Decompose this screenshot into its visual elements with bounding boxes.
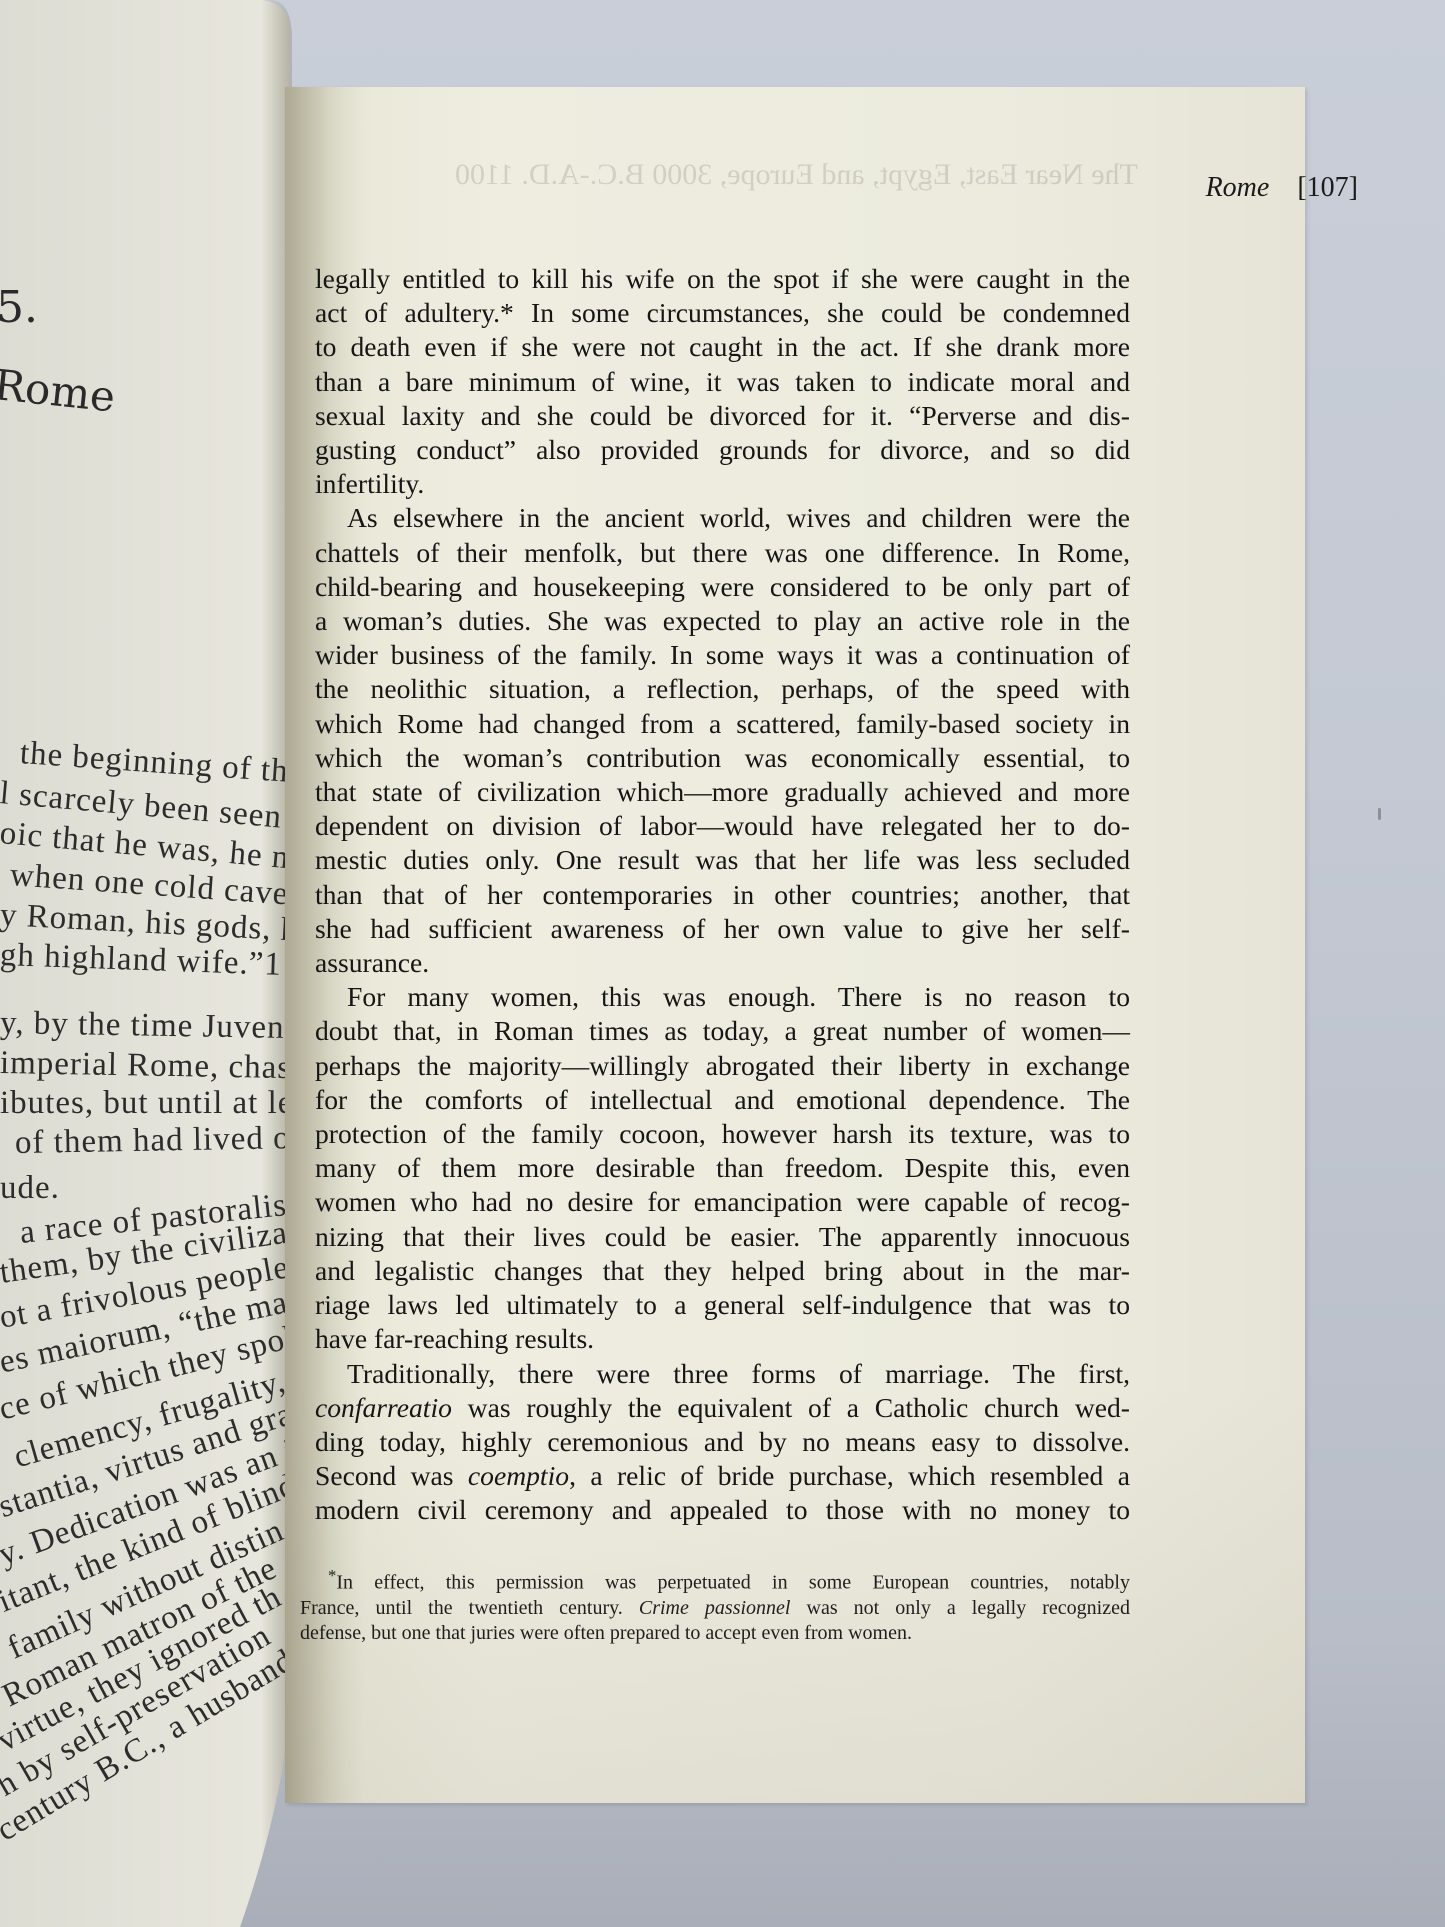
body-line: legally entitled to kill his wife on the…: [315, 262, 1130, 296]
body-line: than that of her contemporaries in other…: [315, 878, 1130, 912]
running-head-title: Rome: [1206, 172, 1270, 204]
chapter-title: Rome: [0, 360, 117, 421]
body-line: modern civil ceremony and appealed to th…: [315, 1493, 1130, 1527]
running-head: Rome [107]: [1206, 172, 1358, 204]
body-line: assurance.: [315, 946, 1130, 980]
body-line: wider business of the family. In some wa…: [315, 638, 1130, 672]
body-line: child-bearing and housekeeping were cons…: [315, 570, 1130, 604]
body-line: and legalistic changes that they helped …: [315, 1254, 1130, 1288]
body-line: have far-reaching results.: [315, 1322, 1130, 1356]
body-line: act of adultery.* In some circumstances,…: [315, 296, 1130, 330]
footnote-italic-term: Crime passionnel: [639, 1597, 791, 1619]
body-text: legally entitled to kill his wife on the…: [315, 262, 1130, 1528]
body-line: mestic duties only. One result was that …: [315, 843, 1130, 877]
body-line: many of them more desirable than freedom…: [315, 1151, 1130, 1185]
body-line: riage laws led ultimately to a general s…: [315, 1288, 1130, 1322]
body-line: than a bare minimum of wine, it was take…: [315, 365, 1130, 399]
body-line: perhaps the majority—willingly abrogated…: [315, 1049, 1130, 1083]
body-line: a woman’s duties. She was expected to pl…: [315, 604, 1130, 638]
body-line: sexual laxity and she could be divorced …: [315, 399, 1130, 433]
body-line: ding today, highly ceremonious and by no…: [315, 1425, 1130, 1459]
body-line: which Rome had changed from a scattered,…: [315, 707, 1130, 741]
body-line: for the comforts of intellectual and emo…: [315, 1083, 1130, 1117]
footnote-line: France, until the twentieth century. Cri…: [300, 1596, 1130, 1621]
left-page-line: ude.: [0, 1170, 60, 1207]
body-line: As elsewhere in the ancient world, wives…: [315, 501, 1130, 535]
body-line: Second was coemptio, a relic of bride pu…: [315, 1459, 1130, 1493]
chapter-number: 5.: [0, 282, 38, 333]
body-line: gusting conduct” also provided grounds f…: [315, 433, 1130, 467]
body-line: to death even if she were not caught in …: [315, 330, 1130, 364]
body-line: infertility.: [315, 467, 1130, 501]
body-line: For many women, this was enough. There i…: [315, 980, 1130, 1014]
body-line: dependent on division of labor—would hav…: [315, 809, 1130, 843]
page-number: [107]: [1297, 172, 1358, 204]
surface-mark: [1378, 808, 1381, 820]
footnote-line: *In effect, this permission was perpetua…: [300, 1563, 1130, 1596]
body-line: doubt that, in Roman times as today, a g…: [315, 1014, 1130, 1048]
body-line: women who had no desire for emancipation…: [315, 1185, 1130, 1219]
body-line: that state of civilization which—more gr…: [315, 775, 1130, 809]
body-line: protection of the family cocoon, however…: [315, 1117, 1130, 1151]
left-page: 5. Rome the beginning of thel scarcely b…: [0, 0, 290, 1927]
body-line: the neolithic situation, a reflection, p…: [315, 672, 1130, 706]
body-line: Traditionally, there were three forms of…: [315, 1357, 1130, 1391]
body-line: she had sufficient awareness of her own …: [315, 912, 1130, 946]
footnote-line: defense, but one that juries were often …: [300, 1621, 1130, 1646]
body-line: which the woman’s contribution was econo…: [315, 741, 1130, 775]
footnote: *In effect, this permission was perpetua…: [300, 1563, 1130, 1646]
body-line: nizing that their lives could be easier.…: [315, 1220, 1130, 1254]
body-line: confarreatio was roughly the equivalent …: [315, 1391, 1130, 1425]
body-line: chattels of their menfolk, but there was…: [315, 536, 1130, 570]
